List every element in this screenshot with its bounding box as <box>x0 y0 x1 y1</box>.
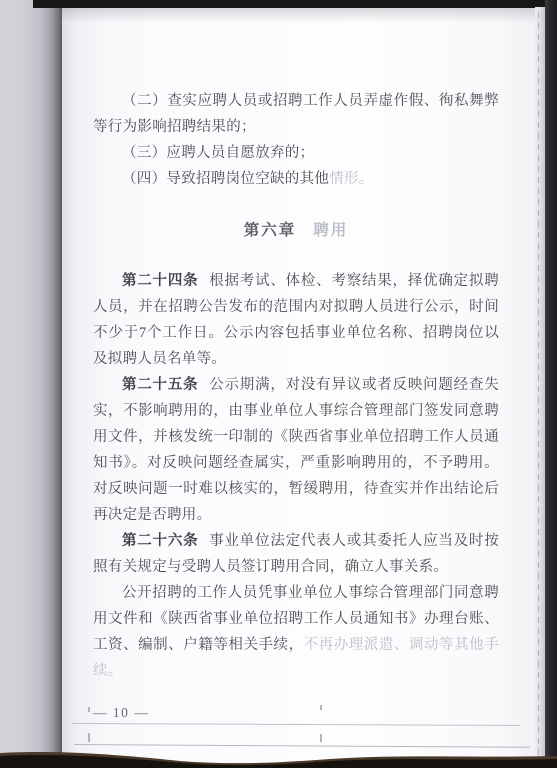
page-stack-edge <box>535 7 545 768</box>
page-number: — 10 — <box>93 700 499 726</box>
paragraph: （四）导致招聘岗位空缺的其他情形。 <box>93 166 499 192</box>
scan-bottom-shadow <box>0 746 557 768</box>
paragraph: 公开招聘的工作人员凭事业单位人事综合管理部门同意聘用文件和《陕西省事业单位招聘工… <box>93 580 499 684</box>
article-number: 第二十五条 <box>122 377 198 393</box>
faded-text: 情形。 <box>329 171 373 187</box>
article-number: 第二十四条 <box>122 273 198 289</box>
scan-top-border <box>33 0 557 8</box>
bottom-curl-shadow-graphic <box>0 746 557 768</box>
document-body: （二）查实应聘人员或招聘工作人员弄虚作假、徇私舞弊等行为影响招聘结果的；（三）应… <box>93 88 499 726</box>
article-number: 第二十六条 <box>122 533 198 549</box>
scan-speck <box>88 707 90 712</box>
book-gutter-shadow <box>0 0 62 768</box>
scan-speck <box>88 733 90 742</box>
scan-right-border <box>545 0 557 768</box>
chapter-heading: 第六章聘用 <box>93 218 499 244</box>
paragraph: （三）应聘人员自愿放弃的； <box>93 140 499 166</box>
chapter-title: 聘用 <box>313 222 348 239</box>
scanned-document-page: （二）查实应聘人员或招聘工作人员弄虚作假、徇私舞弊等行为影响招聘结果的；（三）应… <box>0 0 557 768</box>
article-paragraph: 第二十四条根据考试、体检、考察结果，择优确定拟聘人员，并在招聘公告发布的范围内对… <box>93 268 499 372</box>
page-edge-line <box>538 12 539 762</box>
chapter-number: 第六章 <box>244 222 297 239</box>
article-paragraph: 第二十五条公示期满，对没有异议或者反映问题经查失实，不影响聘用的，由事业单位人事… <box>93 372 499 528</box>
faded-text: 不再办理派遣、调动等其他手续。 <box>93 637 499 679</box>
article-paragraph: 第二十六条事业单位法定代表人或其委托人应当及时按照有关规定与受聘人员签订聘用合同… <box>93 528 499 580</box>
scan-speck <box>320 734 322 742</box>
paragraph: （二）查实应聘人员或招聘工作人员弄虚作假、徇私舞弊等行为影响招聘结果的； <box>93 88 499 140</box>
